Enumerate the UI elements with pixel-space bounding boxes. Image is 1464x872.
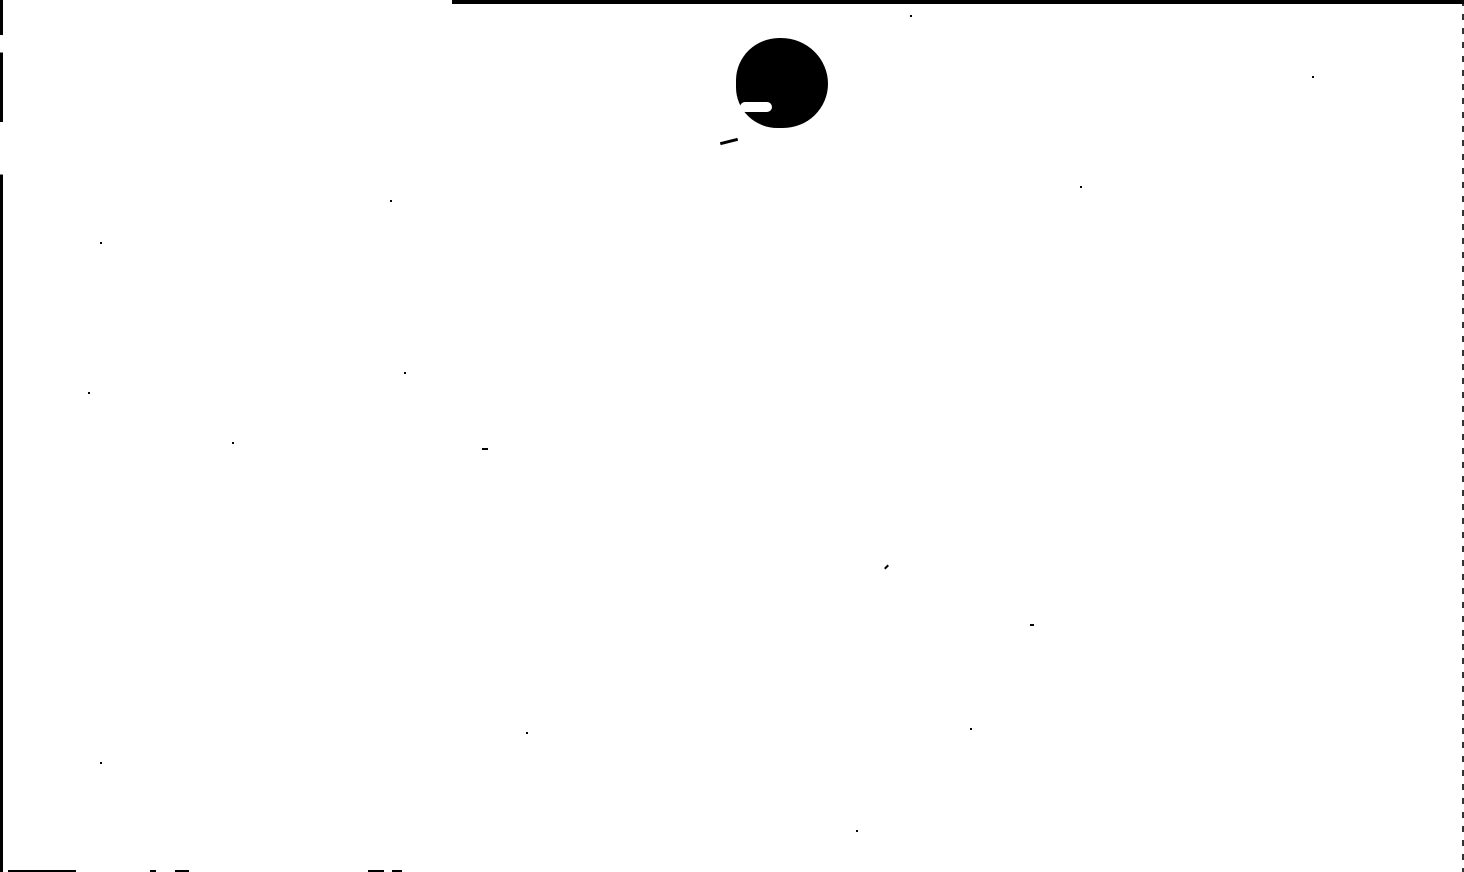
left-border [0, 0, 3, 872]
avatar-highlight [740, 102, 772, 112]
avatar-shadow [720, 138, 738, 145]
top-border [452, 0, 1464, 4]
avatar-icon[interactable] [736, 38, 828, 128]
page [0, 0, 1464, 872]
